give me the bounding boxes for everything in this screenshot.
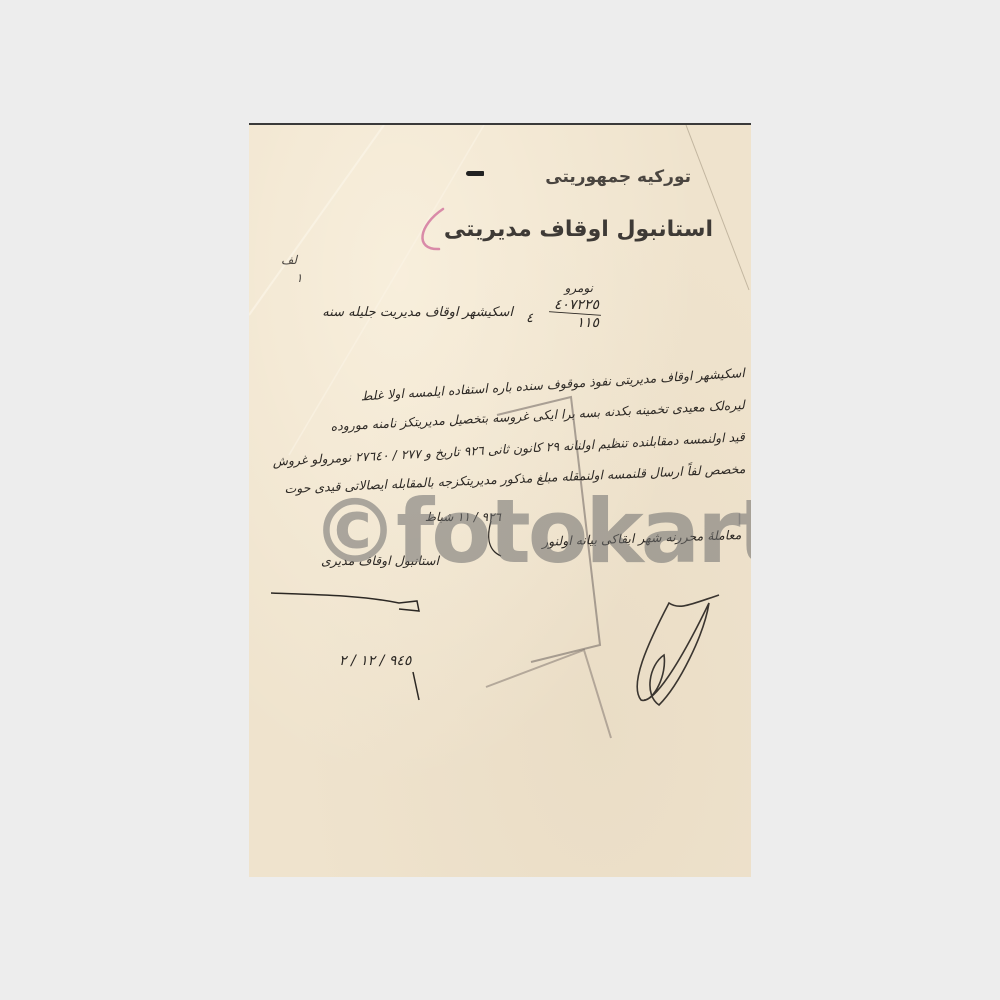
addressee: اسکیشهر اوقاف مدیریت جلیله سنه xyxy=(322,305,513,320)
margin-note-label: لف xyxy=(281,253,297,267)
body-line-5: معاملۀ محررنه شهر ابقاکی بیانه اولنور xyxy=(542,527,742,549)
bottom-reference: ٩٤٥ / ١٢ / ٢ xyxy=(339,653,411,669)
margin-note-number: ١ xyxy=(296,271,302,285)
body-line-2: لیرەلک معیدی تخمینه بکدنه بسه برا ایکی غ… xyxy=(330,397,745,434)
pink-pencil-mark xyxy=(422,209,443,249)
reference-side-mark: ٤ xyxy=(526,311,533,326)
letterhead-office: استانبول اوقاف مدیریتی xyxy=(444,217,713,242)
body-line-1: اسکیشهر اوقاف مدیریتی نفوذ موقوف سنده با… xyxy=(361,365,746,403)
body-line-4: مخصص لفاً ارسال قلنمسه اولنمقله مبلغ مذک… xyxy=(284,461,746,496)
date-note: ٩٢٦ / ١١ شباط xyxy=(425,510,501,524)
document-page: تورکیه جمهوریتی استانبول اوقاف مدیریتی ل… xyxy=(249,123,751,877)
body-line-3: قید اولنمسه دمقابلنده تنظیم اولنانه ٢٩ ک… xyxy=(272,429,745,469)
ink-dash-mark xyxy=(466,171,484,176)
reference-number-top: ٤٠٧٢٢٥ xyxy=(554,297,599,313)
signature-block-title: استانبول اوقاف مدیری xyxy=(321,553,439,568)
reference-number-bottom: ١١٥ xyxy=(576,315,599,331)
signature xyxy=(637,595,719,705)
reference-label: نومرو xyxy=(565,281,593,295)
letterhead-republic: تورکیه جمهوریتی xyxy=(545,167,691,187)
